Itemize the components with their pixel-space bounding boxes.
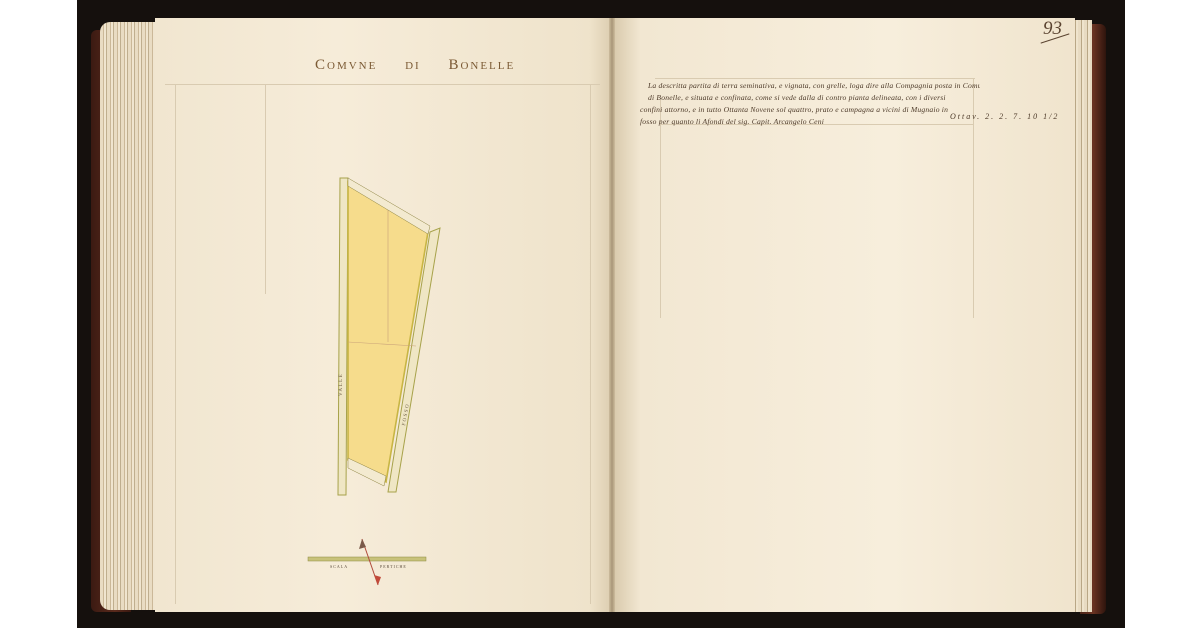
right-page-rule-top xyxy=(655,78,975,79)
manuscript-line: fosso per quanto li Afondi del sig. Capi… xyxy=(640,116,980,128)
map-title: Comvne di Bonelle xyxy=(315,57,515,74)
right-page-rule-left xyxy=(660,100,661,318)
svg-text:VALLE: VALLE xyxy=(339,373,344,396)
measurement-value: Ottav. 2. 2. 7. 10 1/2 xyxy=(950,112,1059,121)
left-page-rule-left xyxy=(175,84,176,604)
page-edges-right xyxy=(1072,20,1092,612)
left-page-rule-mid xyxy=(265,84,266,294)
manuscript-line: La descritta partita di terra seminativa… xyxy=(640,80,980,92)
manuscript-line: confini attorno, e in tutto Ottanta Nove… xyxy=(640,104,980,116)
scale-bar-with-north-arrow: SCALA PERTICHE xyxy=(300,535,435,590)
left-page-rule-right xyxy=(590,84,591,604)
scale-left-label: SCALA xyxy=(330,564,348,569)
book-gutter xyxy=(609,18,615,612)
left-page-rule-top xyxy=(165,84,600,85)
manuscript-line: di Bonelle, e situata e confinata, come … xyxy=(640,92,980,104)
cadastral-parcel-map: VALLE FOSSO xyxy=(330,170,450,500)
manuscript-text: La descritta partita di terra seminativa… xyxy=(640,80,980,128)
scale-right-label: PERTICHE xyxy=(380,564,407,569)
page-edges-left xyxy=(100,22,160,610)
